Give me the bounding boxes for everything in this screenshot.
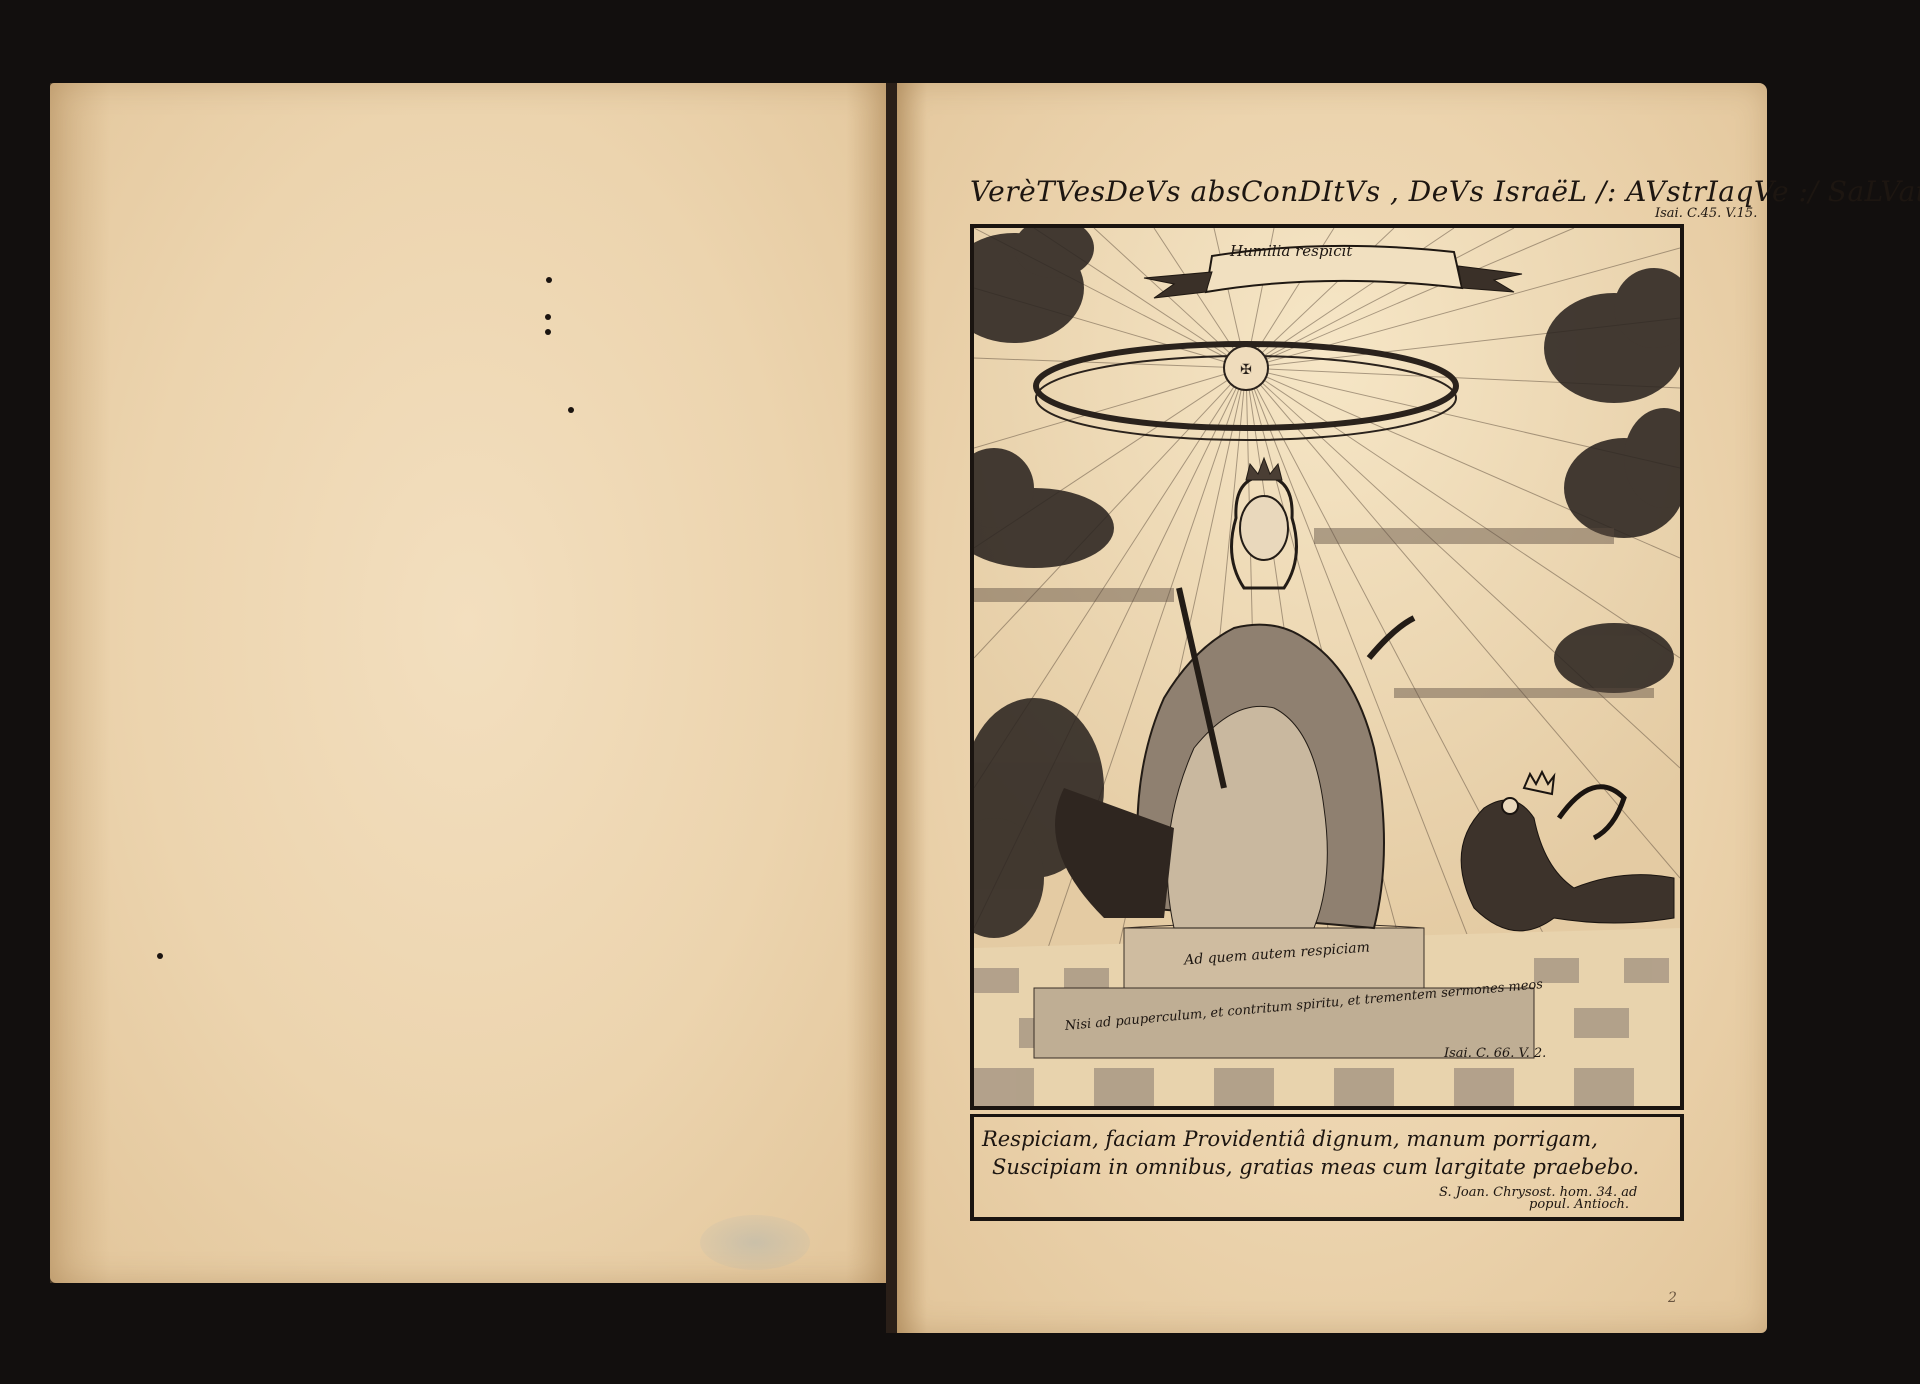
banner-inscription: Humilia respicit [1230, 242, 1352, 260]
header-reference: Isai. C.45. V.15. [1655, 206, 1757, 221]
book-gutter [886, 83, 897, 1333]
caption-line-2: Suscipiam in omnibus, gratias meas cum l… [992, 1155, 1639, 1179]
allegorical-illustration: ✠ [974, 228, 1680, 1106]
caption-line-1: Respiciam, faciam Providentiâ dignum, ma… [982, 1127, 1598, 1151]
step-inscription-top: Ad quem autem respiciam [1184, 940, 1371, 969]
ink-dot [157, 953, 163, 959]
engraving-plate: ✠ [970, 224, 1682, 1364]
page-number: 2 [1668, 1290, 1677, 1306]
faded-stamp [700, 1215, 810, 1270]
step-inscription-bottom: Nisi ad pauperculum, et contritum spirit… [1064, 977, 1543, 1034]
header-motto: VerèTVesDeVs absConDItVs , DeVs IsraëL /… [970, 175, 1920, 208]
caption-box: Respiciam, faciam Providentiâ dignum, ma… [970, 1114, 1684, 1221]
illustration-frame: ✠ [970, 224, 1684, 1110]
caption-source-line-2: popul. Antioch. [1529, 1197, 1629, 1212]
ink-dot [568, 407, 574, 413]
step-reference: Isai. C. 66. V. 2. [1444, 1046, 1546, 1061]
ink-dot [545, 329, 551, 335]
left-page [50, 83, 886, 1283]
ink-dot [546, 277, 552, 283]
ink-dot [545, 314, 551, 320]
